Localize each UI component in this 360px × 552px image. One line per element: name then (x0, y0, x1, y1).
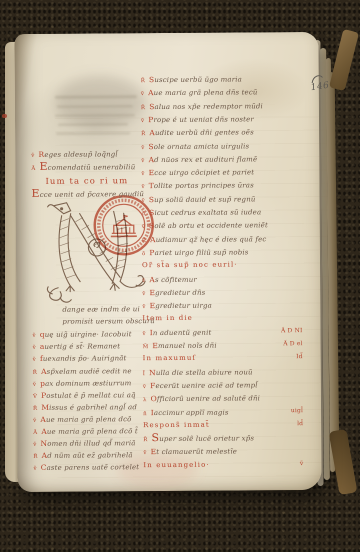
manuscript-text-line: R̃Salua nos xp̃e redemptor mũdi (141, 101, 301, 114)
margin-letter: ṽ (33, 345, 36, 351)
rubric-line: In euuangelio·ṽ (143, 460, 303, 473)
manuscript-text-line: ṽFecerũt uenire aciẽ ad templ̃ (143, 380, 303, 393)
margin-letter: ṽ (33, 357, 36, 363)
manuscript-text-line: ṽSup soliũ dauid et sup̃ regnũ (142, 194, 302, 207)
margin-letter: R̃ (33, 454, 37, 460)
line-text: sp̃xelam audiẽ cedit ne (47, 367, 132, 375)
gutter-red-fleck (2, 114, 7, 118)
line-text: n aduentũ genit (153, 329, 212, 337)
line-text: s cõfitemur (155, 275, 197, 283)
manuscript-text-line: R̃Asp̃xelam audiẽ cedit ne (33, 366, 151, 378)
manuscript-text-line: λOfficiorũ uenire ad salutẽ dñi (143, 393, 303, 406)
margin-letter: ṽ (33, 382, 36, 388)
manuscript-text-line: ṽpax dominum æstiurrum (33, 378, 151, 390)
manuscript-text-line: Ecce uenit ad p̃caxere gaudiũ (31, 190, 149, 202)
line-text: ulla die stella abiure nouũ (156, 368, 253, 376)
rubric-text: Item in die (142, 314, 193, 322)
margin-letter: ṽ (31, 153, 34, 159)
margin-letter: ṽ (33, 442, 36, 448)
manuscript-text-line: ṽEt clamauerũt melestĩe (143, 447, 303, 460)
manuscript-photo: 146 ṽReges aldesup̃ loq̃ngl̃ÃEcomendatiũ… (0, 0, 360, 552)
margin-letter: ṽ (141, 185, 144, 191)
line-text: accimur applĩ magis (154, 408, 229, 416)
text-block: ṽReges aldesup̃ loq̃ngl̃ÃEcomendatiũ uen… (14, 32, 318, 34)
rubric-line: In maxumuſId̃ (143, 354, 303, 367)
manuscript-text-line: ṽauertig é st̃· Remanet (33, 342, 151, 354)
line-text: aste parens uatẽ cortelet (47, 464, 140, 472)
manuscript-text-line: ĨNulla die stella abiure nouũ (143, 367, 303, 380)
margin-letter: ṽ (141, 171, 144, 177)
line-text: gredietur uirga (155, 302, 212, 310)
manuscript-text-line: ṼPostulat ẽ p̃ mellat cui aq̃ (33, 390, 151, 402)
margin-letter: R̃ (141, 105, 145, 111)
manuscript-text-line: dange eæ indm de ui (62, 305, 150, 317)
manuscript-text-line: ṽEcce uirgo cõcipiet et pariet (141, 167, 301, 180)
manuscript-text-line: ṽIn aduentũ genitÃ D NI (142, 327, 302, 340)
manuscript-text-line: R̃Suscipe uerbũ ūgo maria (141, 74, 301, 87)
line-text: ostulat ẽ p̃ mellat cui aq̃ (46, 391, 135, 399)
manuscript-text-line: ṽquę uig̃ uirgine· Iacobuit (32, 330, 150, 342)
line-text: udite uerbũ dñi gentes oẽs (155, 129, 254, 137)
margin-letter: R̃ (142, 238, 146, 244)
rubric-line: Respons̃ inmat̃ld̃ (143, 420, 303, 433)
line-text: fficiorũ uenire ad salutẽ dñi (157, 395, 260, 403)
margin-letter: ṽ (32, 333, 35, 339)
margin-letter: ṽ (142, 225, 145, 231)
line-text: ax dominum æstiurrum (45, 379, 131, 387)
manuscript-text-line: õPariet uirgo filiũ sup̃ nobis (142, 247, 302, 260)
margin-letter: ṽ (142, 304, 145, 310)
manuscript-text-line: ṽAue maria grã plena dcõ (33, 414, 151, 426)
rubric-text: In maxumuſ (143, 354, 197, 362)
manuscript-text-line: ṽEgredietur dñs (142, 287, 302, 300)
manuscript-text-line: R̃Audiamur qz̃ hęc é dies quã fec (142, 234, 302, 247)
line-end-rubric: ld̃ (297, 420, 303, 427)
line-text: uę uig̃ uirgine· Iacobuit (45, 331, 132, 339)
margin-letter: ñ (143, 411, 147, 417)
line-text: cce uirgo cõcipiet et pariet (154, 169, 254, 177)
line-text: ariet uirgo filiũ sup̃ nobis (155, 249, 249, 257)
line-text: gredietur dñs (155, 289, 205, 297)
line-text: issus é gabrihel angl̃ ad (49, 403, 137, 411)
manuscript-text-line: ṽSole ornata amicta uirgulis (141, 141, 301, 154)
line-text: dange eæ indm de ui (62, 305, 140, 313)
line-text: ue maria grã plena dcõ (46, 415, 132, 423)
line-text: t clamauerũt melestĩe (156, 448, 237, 456)
margin-letter: R̃ (33, 406, 37, 412)
margin-letter: ṽ (142, 198, 145, 204)
margin-letter: ṽ (142, 278, 145, 284)
manuscript-text-line: ṽPrope é ut ueniat dñs noster (141, 114, 301, 127)
line-text: udiamur qz̃ hęc é dies quã fec (156, 235, 267, 243)
margin-letter: ṽ (141, 145, 144, 151)
line-text: ole ornata amicta uirgulis (154, 142, 250, 150)
rubric-line: Item in die (142, 314, 302, 327)
line-text: ecerũt uenire aciẽ ad templ̃ (155, 381, 257, 389)
line-end-rubric: Ã D NI (281, 327, 303, 334)
margin-letter: ṽ (143, 384, 146, 390)
margin-letter: ṽ (33, 466, 36, 472)
line-end-rubric: ṽ (300, 460, 304, 467)
book-board-edge (329, 429, 358, 495)
manuscript-text-line: ṽAue maria grã plena dñs tecũ (141, 88, 301, 101)
margin-letter: Ã (33, 430, 37, 436)
line-text: ollite portas principes ūras (154, 182, 254, 190)
margin-letter: õ (142, 211, 146, 217)
manuscript-text-line: ṽSolẽ ab ortu et occidente ueniẽt (142, 221, 302, 234)
line-text: promisit uersum obscurã (62, 317, 154, 325)
show-through-line (55, 95, 137, 99)
manuscript-text-line: ṽfuexandis p̃o· Auirignãt (33, 354, 151, 366)
manuscript-text-line: ṽTollite portas principes ūras (141, 181, 301, 194)
manuscript-text-line: M̃Emanuel noĩs dñiÃ D el (143, 340, 303, 353)
manuscript-text-line: ṽAs cõfitemur (142, 274, 302, 287)
margin-letter: Ṽ (33, 394, 37, 400)
manuscript-text-line: ṽAd nūos rex et audituri flamẽ (141, 154, 301, 167)
line-text: manuel noĩs dñi (158, 342, 217, 350)
margin-letter: ṽ (142, 291, 145, 297)
rubric-line: Or̃ st̃a sup̃ noc euril· (142, 260, 302, 273)
manuscript-text-line: ñIaccimur applĩ magisuigl̃ (143, 407, 303, 420)
margin-letter: ṽ (33, 418, 36, 424)
margin-letter: ṽ (141, 118, 144, 124)
rubric-text: Or̃ st̃a sup̃ noc euril· (142, 261, 238, 269)
manuscript-text-line: R̃Audite uerbũ dñi gentes oẽs (141, 127, 301, 140)
margin-letter: ṽ (143, 451, 146, 457)
line-text: ue maria grã plena dñs tecũ (154, 89, 258, 97)
line-text: uper solẽ lucẽ orietur xp̃s (159, 435, 254, 443)
line-text: ue maria grã plena dcõ t̃ (47, 427, 138, 435)
line-text: eges aldesup̃ loq̃ngl̃ (44, 151, 118, 159)
line-text: d nũm aũt ez̃ gabrihelã (47, 452, 133, 460)
margin-letter: R̃ (141, 131, 145, 137)
rubric-text: In euuangelio· (143, 461, 209, 469)
line-text: omen dñi illud qd̃ mariã (47, 440, 135, 448)
manuscript-text-line: ṽReges aldesup̃ loq̃ngl̃ (31, 149, 149, 161)
line-text: rope é ut ueniat dñs noster (153, 115, 253, 123)
manuscript-text-line: ṽNomen dñi illud qd̃ mariã (33, 438, 151, 450)
rubric-text: Respons̃ inmat̃ (143, 421, 210, 429)
margin-letter: R̃ (33, 370, 37, 376)
manuscript-text-line: R̃Ad nũm aũt ez̃ gabrihelã (33, 451, 151, 463)
manuscript-text-line: ṽCaste parens uatẽ cortelet (33, 463, 151, 475)
margin-letter: λ (143, 397, 147, 403)
rubric-text: Ium ta co ri um (45, 176, 128, 186)
manuscript-page: 146 ṽReges aldesup̃ loq̃ngl̃ÃEcomendatiũ… (14, 32, 321, 492)
margin-letter: M̃ (143, 344, 149, 350)
line-end-rubric: uigl̃ (291, 407, 303, 414)
manuscript-text-line: promisit uersum obscurã (62, 317, 150, 329)
red-initial-letter: S (151, 432, 159, 445)
line-text: olẽ ab ortu et occidente ueniẽt (154, 222, 268, 230)
line-text: uexandis p̃o· Auirignãt (43, 355, 127, 363)
line-end-rubric: Id̃ (296, 354, 303, 361)
margin-letter: Ĩ (143, 371, 145, 377)
manuscript-text-line: ÃAue maria grã plena dcõ t̃ (33, 426, 151, 438)
manuscript-text-line: õSicut cedrus exaltata sũ iudea (142, 207, 302, 220)
margin-letter: ṽ (142, 331, 145, 337)
line-text: cce uenit ad p̃caxere gaudiũ (40, 191, 144, 199)
book-board-edge (329, 29, 359, 91)
margin-letter: Ã (31, 166, 35, 172)
red-initial-letter: M (41, 403, 49, 412)
line-text: up soliũ dauid et sup̃ regnũ (154, 195, 255, 203)
line-text: uscipe uerbũ ūgo maria (154, 76, 242, 84)
line-end-rubric: Ã D el (283, 340, 302, 347)
manuscript-text-line: ṽEgredietur uirga (142, 300, 302, 313)
line-text: d nūos rex et audituri flamẽ (154, 155, 257, 163)
margin-letter: ṽ (141, 92, 144, 98)
margin-letter: ṽ (141, 158, 144, 164)
manuscript-text-line: R̃Missus é gabrihel angl̃ ad (33, 402, 151, 414)
red-initial-letter: E (31, 187, 39, 200)
margin-letter: R̃ (143, 437, 147, 443)
line-text: alua nos xp̃e redemptor mũdi (154, 102, 262, 110)
margin-letter: õ (142, 251, 146, 257)
line-text: uertig é st̃· Remanet (44, 343, 120, 351)
margin-letter: R̃ (141, 78, 145, 84)
manuscript-text-line: ÃEcomendatiũ uenerabiliũ (31, 163, 149, 175)
manuscript-text-line: R̃Super solẽ lucẽ orietur xp̃s (143, 433, 303, 446)
line-text: icut cedrus exaltata sũ iudea (154, 209, 261, 217)
line-text: comendatiũ uenerabiliũ (48, 164, 136, 172)
